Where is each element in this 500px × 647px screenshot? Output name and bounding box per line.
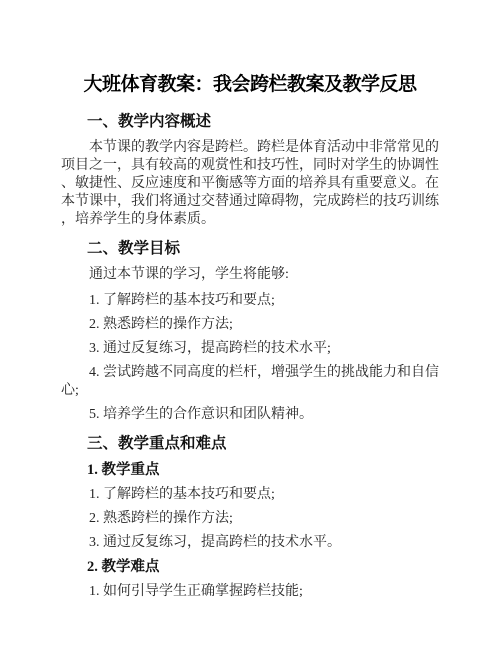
objective-item-1: 1. 了解跨栏的基本技巧和要点; — [61, 292, 439, 310]
objective-item-5: 5. 培养学生的合作意识和团队精神。 — [61, 406, 439, 424]
section-heading-1: 一、教学内容概述 — [61, 112, 439, 132]
objective-item-4: 4. 尝试跨越不同高度的栏杆，增强学生的挑战能力和自信心; — [61, 364, 439, 400]
difficulty-item-1: 1. 如何引导学生正确掌握跨栏技能; — [61, 583, 439, 601]
objectives-intro: 通过本节课的学习，学生将能够: — [61, 266, 439, 284]
key-points-subheading: 1. 教学重点 — [61, 461, 439, 480]
document-title: 大班体育教案：我会跨栏教案及教学反思 — [61, 70, 439, 100]
objective-item-2: 2. 熟悉跨栏的操作方法; — [61, 316, 439, 334]
difficulties-subheading: 2. 教学难点 — [61, 558, 439, 577]
key-point-item-2: 2. 熟悉跨栏的操作方法; — [61, 510, 439, 528]
section-heading-3: 三、教学重点和难点 — [61, 434, 439, 454]
key-point-item-1: 1. 了解跨栏的基本技巧和要点; — [61, 486, 439, 504]
section-heading-2: 二、教学目标 — [61, 239, 439, 259]
objective-item-3: 3. 通过反复练习，提高跨栏的技术水平; — [61, 340, 439, 358]
document-page: 大班体育教案：我会跨栏教案及教学反思 一、教学内容概述 本节课的教学内容是跨栏。… — [0, 0, 500, 647]
key-point-item-3: 3. 通过反复练习，提高跨栏的技术水平。 — [61, 534, 439, 552]
section-1-paragraph: 本节课的教学内容是跨栏。跨栏是体育活动中非常常见的项目之一，具有较高的观赏性和技… — [61, 139, 439, 229]
